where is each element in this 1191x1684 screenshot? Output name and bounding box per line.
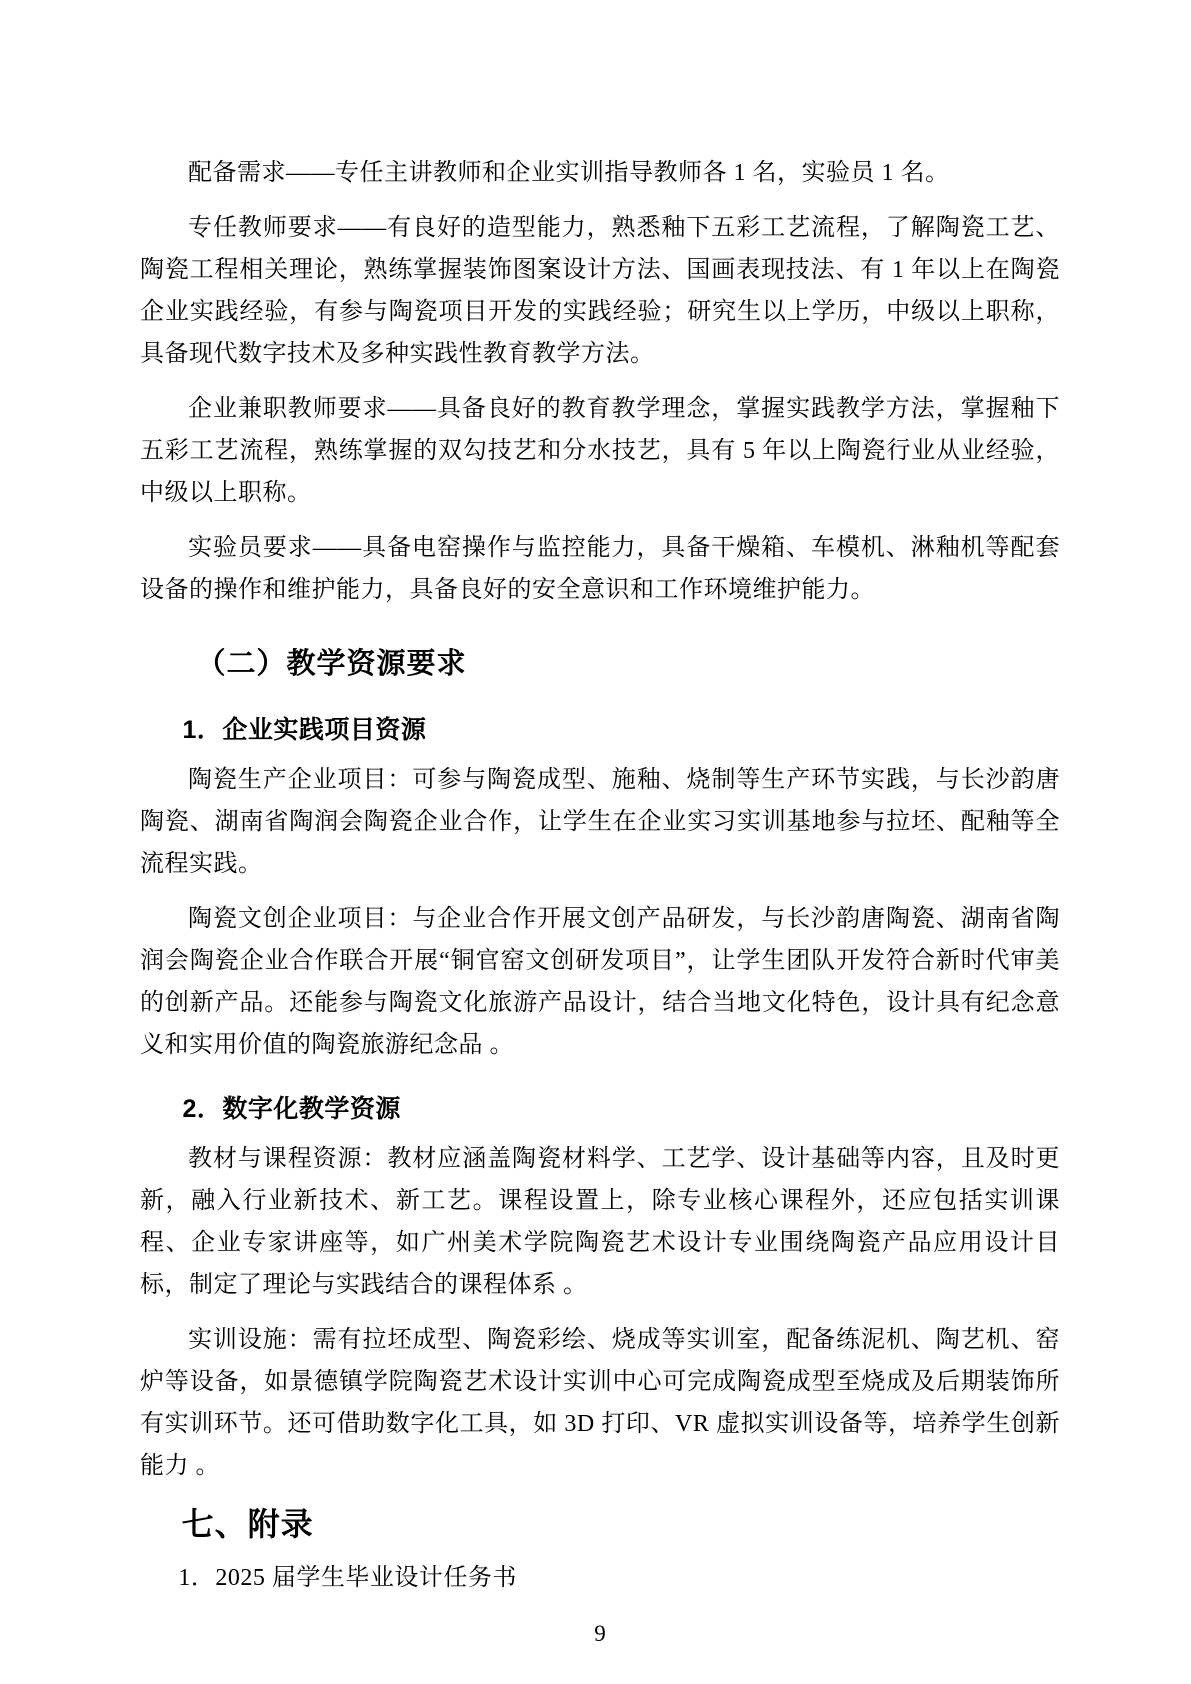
document-page: 配备需求——专任主讲教师和企业实训指导教师各 1 名，实验员 1 名。 专任教师… bbox=[0, 0, 1191, 1684]
paragraph-lab-assistant-requirements: 实验员要求——具备电窑操作与监控能力，具备干燥箱、车模机、淋釉机等配套设备的操作… bbox=[140, 527, 1060, 611]
subheading-enterprise-practice-resources: 1．企业实践项目资源 bbox=[140, 709, 1060, 751]
paragraph-training-facilities: 实训设施：需有拉坯成型、陶瓷彩绘、烧成等实训室，配备练泥机、陶艺机、窑炉等设备，… bbox=[140, 1319, 1060, 1487]
subheading-digital-teaching-resources: 2．数字化教学资源 bbox=[140, 1088, 1060, 1130]
paragraph-teaching-materials: 教材与课程资源：教材应涵盖陶瓷材料学、工艺学、设计基础等内容，且及时更新，融入行… bbox=[140, 1138, 1060, 1306]
paragraph-parttime-teacher-requirements: 企业兼职教师要求——具备良好的教育教学理念，掌握实践教学方法，掌握釉下五彩工艺流… bbox=[140, 388, 1060, 514]
appendix-item-thesis-task-book: 1．2025 届学生毕业设计任务书 bbox=[140, 1557, 1060, 1599]
paragraph-staffing-requirements: 配备需求——专任主讲教师和企业实训指导教师各 1 名，实验员 1 名。 bbox=[140, 152, 1060, 194]
paragraph-fulltime-teacher-requirements: 专任教师要求——有良好的造型能力，熟悉釉下五彩工艺流程，了解陶瓷工艺、陶瓷工程相… bbox=[140, 207, 1060, 375]
paragraph-ceramic-production-project: 陶瓷生产企业项目：可参与陶瓷成型、施釉、烧制等生产环节实践，与长沙韵唐陶瓷、湖南… bbox=[140, 759, 1060, 885]
page-number: 9 bbox=[140, 1613, 1060, 1655]
paragraph-ceramic-cultural-project: 陶瓷文创企业项目：与企业合作开展文创产品研发，与长沙韵唐陶瓷、湖南省陶润会陶瓷企… bbox=[140, 898, 1060, 1066]
appendix-heading: 七、附录 bbox=[140, 1499, 1060, 1549]
section-heading-teaching-resources: （二）教学资源要求 bbox=[140, 641, 1060, 687]
